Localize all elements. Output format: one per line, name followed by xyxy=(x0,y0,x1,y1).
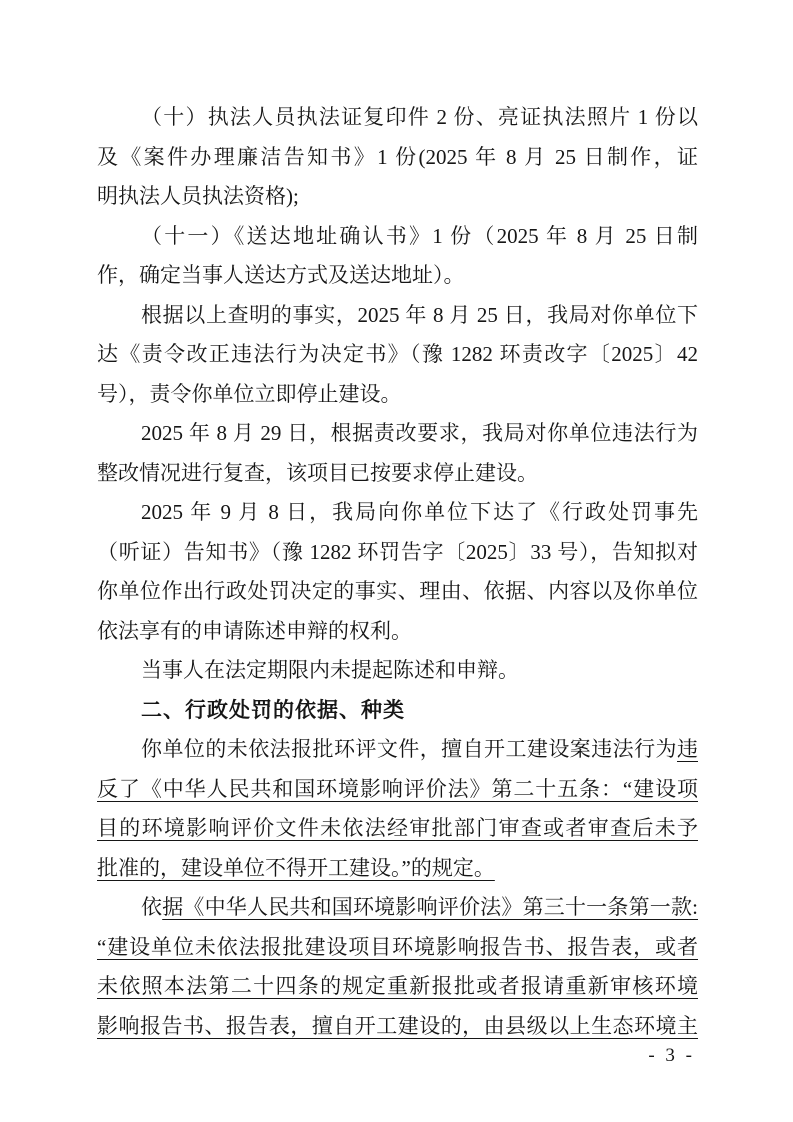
underlined-text-segment: 违 xyxy=(677,737,698,761)
underlined-text-segment: 影响报告书、报告表，擅自开工建设的，由县级以上生态环境主 xyxy=(97,1014,698,1038)
text-segment: （十一）《送达地址确认书》1 份（2025 年 8 月 25 日制 xyxy=(141,224,698,248)
doc-line: （听证）告知书》（豫 1282 环罚告字〔2025〕33 号），告知拟对 xyxy=(97,533,698,573)
underlined-text-segment: 反了《中华人民共和国环境影响评价法》第二十五条：“建设项 xyxy=(97,777,698,801)
text-segment: 依法享有的申请陈述申辩的权利。 xyxy=(97,619,412,643)
doc-line: 号），责令你单位立即停止建设。 xyxy=(97,375,698,415)
doc-line: 2025 年 8 月 29 日，根据责改要求，我局对你单位违法行为 xyxy=(97,414,698,454)
doc-line: 反了《中华人民共和国环境影响评价法》第二十五条：“建设项 xyxy=(97,770,698,810)
doc-line: 及《案件办理廉洁告知书》1 份(2025 年 8 月 25 日制作，证 xyxy=(97,138,698,178)
text-segment: 2025 年 8 月 29 日，根据责改要求，我局对你单位违法行为 xyxy=(141,421,698,445)
underlined-text-segment: 未依照本法第二十四条的规定重新报批或者报请重新审核环境 xyxy=(97,974,698,998)
doc-line: 你单位的未依法报批环评文件，擅自开工建设案违法行为违 xyxy=(97,730,698,770)
text-segment: 达《责令改正违法行为决定书》（豫 1282 环责改字〔2025〕42 xyxy=(97,342,698,366)
text-segment: 当事人在法定期限内未提起陈述和申辩。 xyxy=(141,658,519,682)
text-segment: 整改情况进行复查，该项目已按要求停止建设。 xyxy=(97,461,538,485)
text-segment: 二、行政处罚的依据、种类 xyxy=(141,699,405,722)
text-segment: 号），责令你单位立即停止建设。 xyxy=(97,382,402,406)
doc-line: 未依照本法第二十四条的规定重新报批或者报请重新审核环境 xyxy=(97,967,698,1007)
underlined-text-segment: “建设单位未依法报批建设项目环境影响报告书、报告表，或者 xyxy=(97,935,698,959)
document-page: （十）执法人员执法证复印件 2 份、亮证执法照片 1 份以及《案件办理廉洁告知书… xyxy=(0,0,793,1122)
doc-line: 整改情况进行复查，该项目已按要求停止建设。 xyxy=(97,454,698,494)
text-segment: 2025 年 9 月 8 日，我局向你单位下达了《行政处罚事先 xyxy=(141,500,698,524)
text-segment: （十）执法人员执法证复印件 2 份、亮证执法照片 1 份以 xyxy=(141,105,698,129)
text-segment: 依 xyxy=(141,895,162,919)
underlined-text-segment: 据《中华人民共和国环境影响评价法》第三十一条第一款: xyxy=(162,895,698,919)
doc-line: 你单位作出行政处罚决定的事实、理由、依据、内容以及你单位 xyxy=(97,572,698,612)
doc-line: 当事人在法定期限内未提起陈述和申辩。 xyxy=(97,651,698,691)
doc-line: 根据以上查明的事实，2025 年 8 月 25 日，我局对你单位下 xyxy=(97,296,698,336)
doc-line: 依据《中华人民共和国环境影响评价法》第三十一条第一款: xyxy=(97,888,698,928)
doc-line: 批准的，建设单位不得开工建设。”的规定。 xyxy=(97,849,698,889)
doc-line: （十）执法人员执法证复印件 2 份、亮证执法照片 1 份以 xyxy=(97,98,698,138)
text-segment: 及《案件办理廉洁告知书》1 份(2025 年 8 月 25 日制作，证 xyxy=(97,145,698,169)
doc-line: 2025 年 9 月 8 日，我局向你单位下达了《行政处罚事先 xyxy=(97,493,698,533)
page-number: - 3 - xyxy=(97,1042,695,1070)
document-body: （十）执法人员执法证复印件 2 份、亮证执法照片 1 份以及《案件办理廉洁告知书… xyxy=(97,98,698,1046)
underlined-text-segment: 批准的，建设单位不得开工建设。”的规定。 xyxy=(97,856,495,880)
doc-line: 目的环境影响评价文件未依法经审批部门审查或者审查后未予 xyxy=(97,809,698,849)
doc-line: 达《责令改正违法行为决定书》（豫 1282 环责改字〔2025〕42 xyxy=(97,335,698,375)
doc-line: 明执法人员执法资格); xyxy=(97,177,698,217)
underlined-text-segment: 目的环境影响评价文件未依法经审批部门审查或者审查后未予 xyxy=(97,816,698,840)
doc-line: 依法享有的申请陈述申辩的权利。 xyxy=(97,612,698,652)
text-segment: 你单位作出行政处罚决定的事实、理由、依据、内容以及你单位 xyxy=(97,579,698,603)
text-segment: 根据以上查明的事实，2025 年 8 月 25 日，我局对你单位下 xyxy=(141,303,698,327)
section-heading: 二、行政处罚的依据、种类 xyxy=(97,691,698,731)
text-segment: （听证）告知书》（豫 1282 环罚告字〔2025〕33 号），告知拟对 xyxy=(97,540,698,564)
text-segment: 明执法人员执法资格); xyxy=(97,184,299,208)
doc-line: “建设单位未依法报批建设项目环境影响报告书、报告表，或者 xyxy=(97,928,698,968)
doc-line: 影响报告书、报告表，擅自开工建设的，由县级以上生态环境主 xyxy=(97,1007,698,1047)
doc-line: 作，确定当事人送达方式及送达地址）。 xyxy=(97,256,698,296)
text-segment: 你单位的未依法报批环评文件，擅自开工建设案违法行为 xyxy=(141,737,677,761)
doc-line: （十一）《送达地址确认书》1 份（2025 年 8 月 25 日制 xyxy=(97,217,698,257)
text-segment: 作，确定当事人送达方式及送达地址）。 xyxy=(97,263,465,287)
